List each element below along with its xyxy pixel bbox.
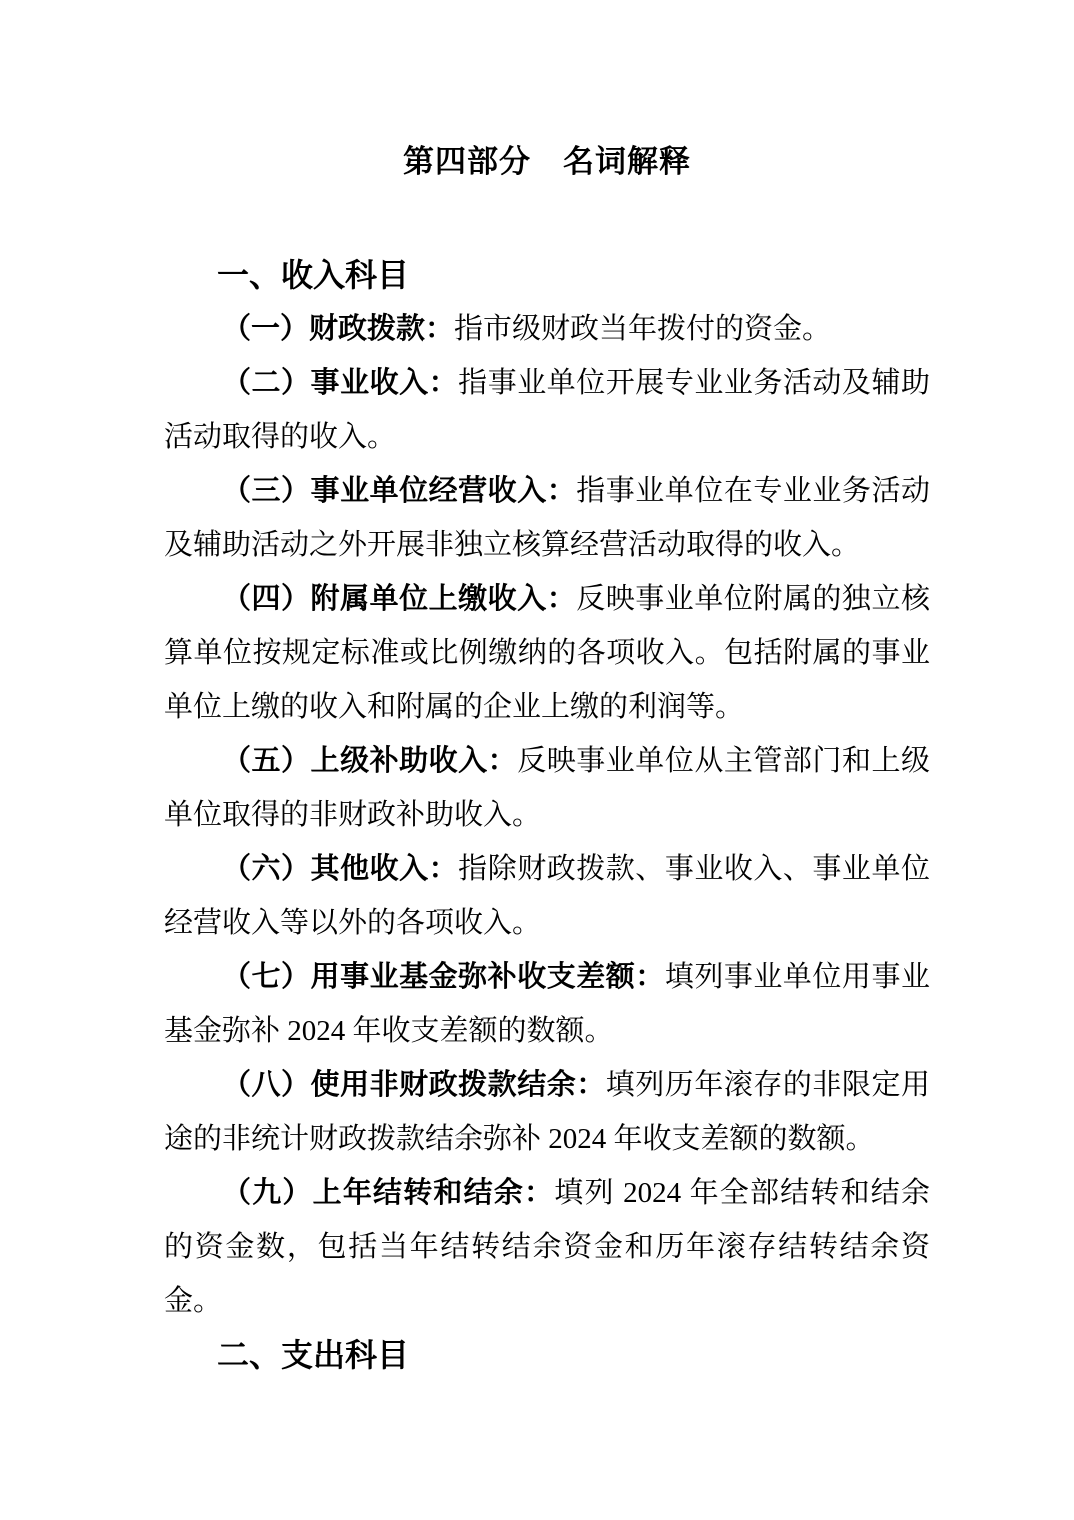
glossary-item-7: （七）用事业基金弥补收支差额：填列事业单位用事业基金弥补 2024 年收支差额的… <box>164 950 930 1058</box>
glossary-item-9: （九）上年结转和结余：填列 2024 年全部结转和结余的资金数，包括当年结转结余… <box>164 1166 930 1328</box>
document-page: 第四部分 名词解释 一、收入科目 （一）财政拨款：指市级财政当年拨付的资金。 （… <box>0 0 1074 1520</box>
section-heading-expenditure: 二、支出科目 <box>164 1328 930 1382</box>
term-label: （八）使用非财政拨款结余： <box>222 1069 606 1101</box>
term-label: （三）事业单位经营收入： <box>222 475 576 507</box>
term-label: （七）用事业基金弥补收支差额： <box>222 961 665 993</box>
term-label: （二）事业收入： <box>222 367 458 399</box>
glossary-item-1: （一）财政拨款：指市级财政当年拨付的资金。 <box>164 302 930 356</box>
term-label: （一）财政拨款： <box>222 313 454 345</box>
glossary-item-2: （二）事业收入：指事业单位开展专业业务活动及辅助活动取得的收入。 <box>164 356 930 464</box>
glossary-item-5: （五）上级补助收入：反映事业单位从主管部门和上级单位取得的非财政补助收入。 <box>164 734 930 842</box>
term-definition: 指市级财政当年拨付的资金。 <box>454 313 831 345</box>
term-label: （五）上级补助收入： <box>222 745 517 777</box>
document-title: 第四部分 名词解释 <box>164 135 930 189</box>
document-content: 第四部分 名词解释 一、收入科目 （一）财政拨款：指市级财政当年拨付的资金。 （… <box>164 0 930 1382</box>
term-label: （六）其他收入： <box>222 853 458 885</box>
term-label: （九）上年结转和结余： <box>222 1177 554 1209</box>
section-heading-income: 一、收入科目 <box>164 248 930 302</box>
term-label: （四）附属单位上缴收入： <box>222 583 576 615</box>
glossary-item-3: （三）事业单位经营收入：指事业单位在专业业务活动及辅助活动之外开展非独立核算经营… <box>164 464 930 572</box>
glossary-item-4: （四）附属单位上缴收入：反映事业单位附属的独立核算单位按规定标准或比例缴纳的各项… <box>164 572 930 734</box>
glossary-item-8: （八）使用非财政拨款结余：填列历年滚存的非限定用途的非统计财政拨款结余弥补 20… <box>164 1058 930 1166</box>
glossary-item-6: （六）其他收入：指除财政拨款、事业收入、事业单位经营收入等以外的各项收入。 <box>164 842 930 950</box>
